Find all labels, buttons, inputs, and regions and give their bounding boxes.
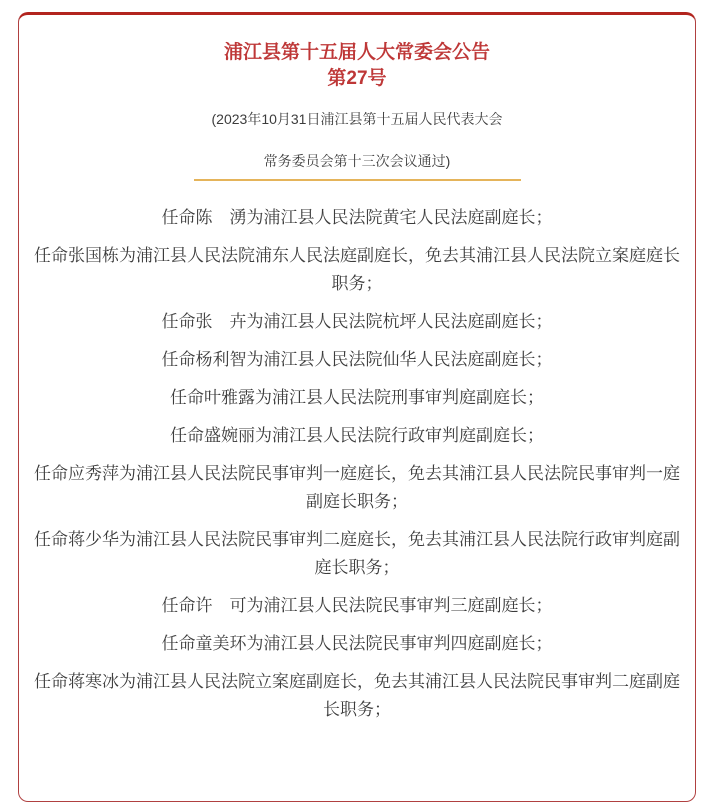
announcement-line: 任命张 卉为浦江县人民法院杭坪人民法庭副庭长； [19, 308, 695, 336]
announcement-line: 任命蒋少华为浦江县人民法院民事审判二庭庭长，免去其浦江县人民法院行政审判庭副 [19, 526, 695, 554]
page-title: 浦江县第十五届人大常委会公告 [19, 43, 695, 63]
announcement-paragraph: 任命陈 湧为浦江县人民法院黄宅人民法庭副庭长； [19, 204, 695, 232]
announcement-line: 庭长职务； [19, 554, 695, 582]
announcement-line: 任命应秀萍为浦江县人民法院民事审判一庭庭长，免去其浦江县人民法院民事审判一庭 [19, 460, 695, 488]
announcement-paragraph: 任命盛婉丽为浦江县人民法院行政审判庭副庭长； [19, 422, 695, 450]
announcement-paragraph: 任命张 卉为浦江县人民法院杭坪人民法庭副庭长； [19, 308, 695, 336]
announcement-paragraph: 任命叶雅露为浦江县人民法院刑事审判庭副庭长； [19, 384, 695, 412]
announcement-line: 长职务； [19, 696, 695, 724]
announcement-line: 任命叶雅露为浦江县人民法院刑事审判庭副庭长； [19, 384, 695, 412]
announcement-line: 任命杨利智为浦江县人民法院仙华人民法庭副庭长； [19, 346, 695, 374]
meeting-info-line-1: (2023年10月31日浦江县第十五届人民代表大会 [19, 112, 695, 127]
announcement-line: 任命童美环为浦江县人民法院民事审判四庭副庭长； [19, 630, 695, 658]
announcement-line: 副庭长职务； [19, 488, 695, 516]
meeting-info-line-2: 常务委员会第十三次会议通过) [19, 154, 695, 169]
announcement-paragraph: 任命童美环为浦江县人民法院民事审判四庭副庭长； [19, 630, 695, 658]
announcement-card: 浦江县第十五届人大常委会公告 第27号 (2023年10月31日浦江县第十五届人… [18, 12, 696, 724]
announcement-line: 任命陈 湧为浦江县人民法院黄宅人民法庭副庭长； [19, 204, 695, 232]
announcement-line: 任命蒋寒冰为浦江县人民法院立案庭副庭长，免去其浦江县人民法院民事审判二庭副庭 [19, 668, 695, 696]
document-number: 第27号 [19, 69, 695, 89]
announcement-paragraph: 任命张国栋为浦江县人民法院浦东人民法庭副庭长，免去其浦江县人民法院立案庭庭长职务… [19, 242, 695, 298]
announcement-body: 任命陈 湧为浦江县人民法院黄宅人民法庭副庭长；任命张国栋为浦江县人民法院浦东人民… [19, 204, 695, 724]
announcement-line: 职务； [19, 270, 695, 298]
announcement-paragraph: 任命蒋寒冰为浦江县人民法院立案庭副庭长，免去其浦江县人民法院民事审判二庭副庭长职… [19, 668, 695, 724]
announcement-line: 任命许 可为浦江县人民法院民事审判三庭副庭长； [19, 592, 695, 620]
announcement-line: 任命盛婉丽为浦江县人民法院行政审判庭副庭长； [19, 422, 695, 450]
announcement-paragraph: 任命蒋少华为浦江县人民法院民事审判二庭庭长，免去其浦江县人民法院行政审判庭副庭长… [19, 526, 695, 582]
announcement-paragraph: 任命杨利智为浦江县人民法院仙华人民法庭副庭长； [19, 346, 695, 374]
announcement-paragraph: 任命许 可为浦江县人民法院民事审判三庭副庭长； [19, 592, 695, 620]
gold-divider [194, 179, 521, 181]
announcement-line: 任命张国栋为浦江县人民法院浦东人民法庭副庭长，免去其浦江县人民法院立案庭庭长 [19, 242, 695, 270]
announcement-paragraph: 任命应秀萍为浦江县人民法院民事审判一庭庭长，免去其浦江县人民法院民事审判一庭副庭… [19, 460, 695, 516]
